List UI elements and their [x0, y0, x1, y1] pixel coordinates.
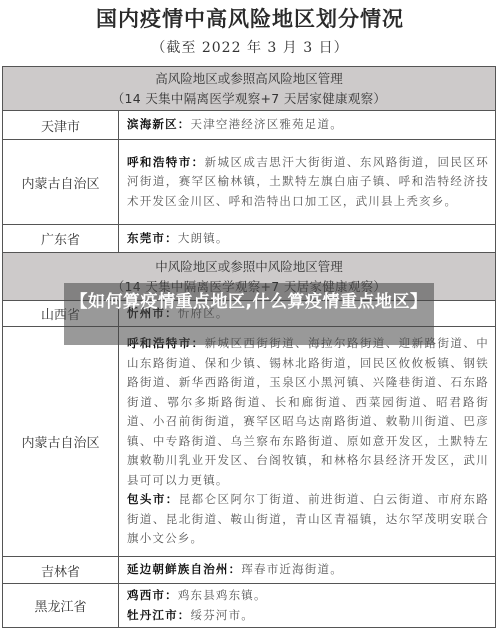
- high-risk-section-header: 高风险地区或参照高风险地区管理 （14 天集中隔离医学观察+7 天居家健康观察）: [3, 67, 496, 111]
- province-cell: 黑龙江省: [3, 584, 119, 628]
- province-cell: 广东省: [3, 225, 119, 253]
- areas-cell: 延边朝鲜族自治州：珲春市近海街道。: [119, 557, 496, 584]
- caption-overlay: 【如何算疫情重点地区,什么算疫情重点地区】: [64, 283, 434, 345]
- high-risk-heading-cell: 高风险地区或参照高风险地区管理 （14 天集中隔离医学观察+7 天居家健康观察）: [3, 67, 496, 111]
- risk-areas-table: 高风险地区或参照高风险地区管理 （14 天集中隔离医学观察+7 天居家健康观察）…: [2, 66, 496, 628]
- city-label: 东莞市：: [127, 231, 178, 245]
- areas-cell: 滨海新区：天津空港经济区雅苑足道。: [119, 111, 496, 140]
- area-list: 大朗镇。: [178, 231, 229, 245]
- document-title: 国内疫情中高风险地区划分情况: [0, 4, 500, 34]
- areas-cell: 呼和浩特市：新城区西街街道、海拉尔路街道、迎新路街道、中山东路街道、保和少镇、锡…: [119, 327, 496, 557]
- table-row: 吉林省 延边朝鲜族自治州：珲春市近海街道。: [3, 557, 496, 584]
- medium-risk-heading: 中风险地区或参照中风险地区管理: [3, 257, 495, 277]
- area-list: 珲春市近海街道。: [241, 562, 343, 576]
- table-row: 天津市 滨海新区：天津空港经济区雅苑足道。: [3, 111, 496, 140]
- city-label: 滨海新区：: [127, 117, 191, 131]
- province-cell: 吉林省: [3, 557, 119, 584]
- city-label: 包头市：: [127, 492, 179, 506]
- areas-cell: 呼和浩特市：新城区成吉思汗大街街道、东风路街道，回民区环河街道，赛罕区榆林镇，土…: [119, 140, 496, 225]
- table-row: 内蒙古自治区 呼和浩特市：新城区西街街道、海拉尔路街道、迎新路街道、中山东路街道…: [3, 327, 496, 557]
- areas-cell: 东莞市：大朗镇。: [119, 225, 496, 253]
- high-risk-heading: 高风险地区或参照高风险地区管理: [3, 69, 495, 89]
- city-label: 呼和浩特市：: [127, 155, 205, 169]
- area-list: 绥芬河市。: [191, 608, 255, 622]
- province-cell: 内蒙古自治区: [3, 140, 119, 225]
- table-row: 黑龙江省 鸡西市：鸡东县鸡东镇。 牡丹江市：绥芬河市。: [3, 584, 496, 628]
- area-list: 昆都仑区阿尔丁街道、前进街道、白云街道、市府东路街道、昆北街道、鞍山街道，青山区…: [127, 492, 489, 545]
- area-list: 新城区西街街道、海拉尔路街道、迎新路街道、中山东路街道、保和少镇、锡林北路街道，…: [127, 336, 489, 487]
- city-label: 鸡西市：: [127, 588, 178, 602]
- province-cell: 天津市: [3, 111, 119, 140]
- document-date-subtitle: （截至 2022 年 3 月 3 日）: [0, 37, 500, 59]
- table-row: 内蒙古自治区 呼和浩特市：新城区成吉思汗大街街道、东风路街道，回民区环河街道，赛…: [3, 140, 496, 225]
- area-list: 天津空港经济区雅苑足道。: [191, 117, 343, 131]
- city-label: 延边朝鲜族自治州：: [127, 562, 241, 576]
- table-row: 广东省 东莞市：大朗镇。: [3, 225, 496, 253]
- city-label: 牡丹江市：: [127, 608, 191, 622]
- area-list: 鸡东县鸡东镇。: [178, 588, 267, 602]
- areas-cell: 鸡西市：鸡东县鸡东镇。 牡丹江市：绥芬河市。: [119, 584, 496, 628]
- province-cell: 内蒙古自治区: [3, 327, 119, 557]
- high-risk-subheading: （14 天集中隔离医学观察+7 天居家健康观察）: [3, 89, 495, 109]
